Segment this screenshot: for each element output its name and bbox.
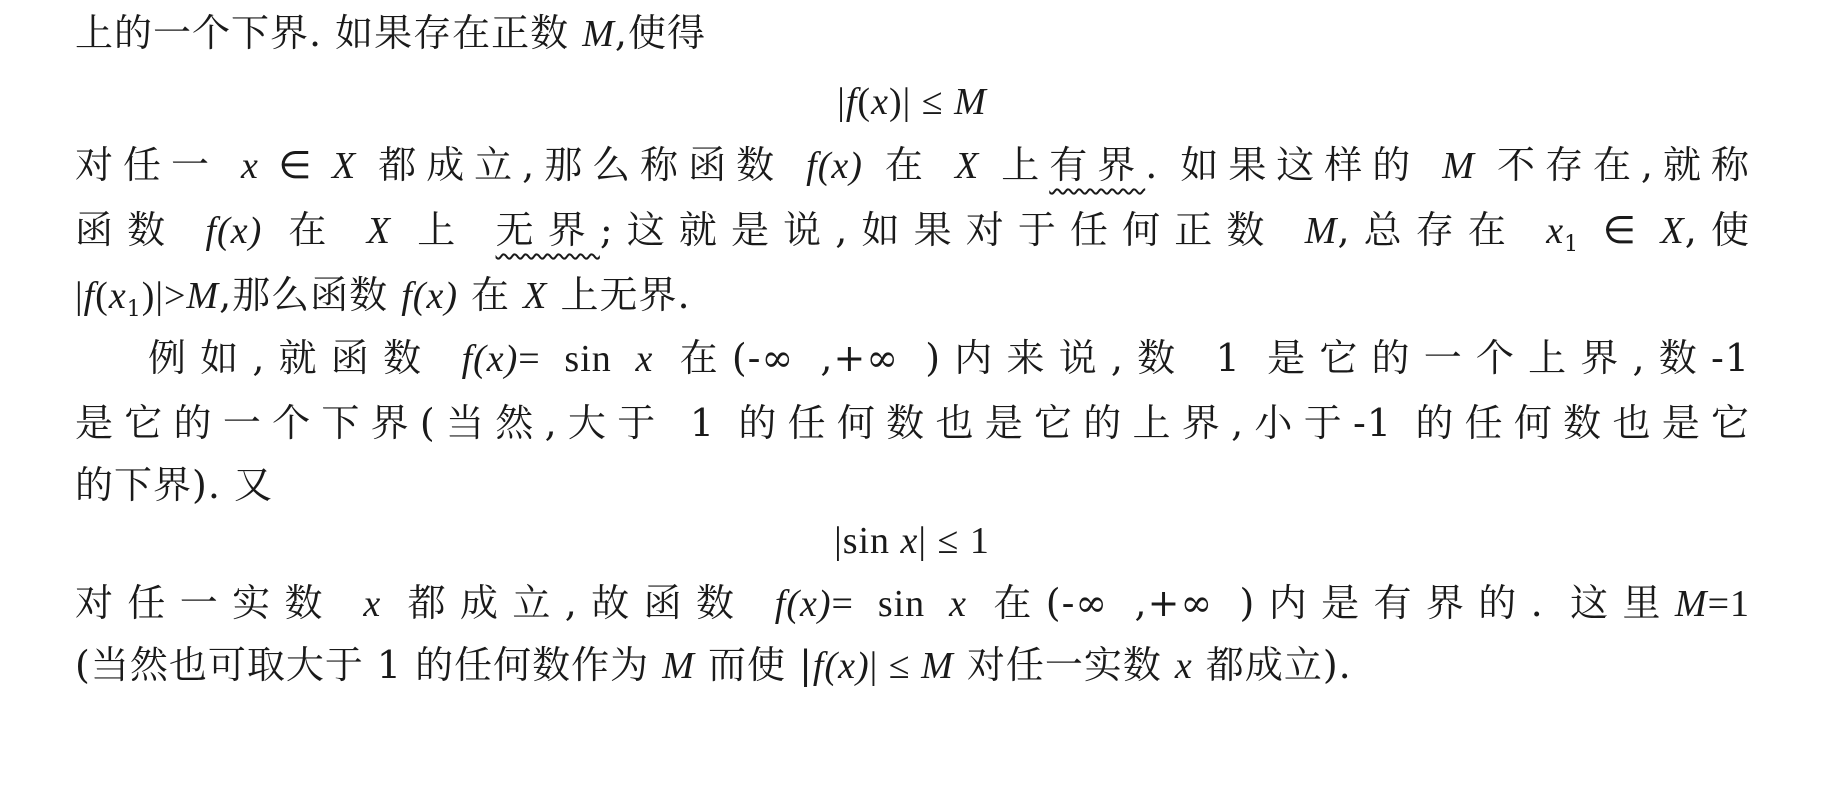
text: 都成立).: [1193, 643, 1352, 687]
math-fx: f(x): [813, 645, 870, 687]
math-M: M: [1675, 583, 1708, 625]
math-x: x: [109, 275, 127, 317]
math-eq-one: =1: [1708, 583, 1750, 625]
text: 不存在,就称: [1475, 143, 1750, 187]
math-x: x: [1546, 210, 1564, 252]
text: 在: [262, 208, 367, 252]
math-sin: = sin: [518, 338, 635, 380]
text: 是它的一个下界(当然,大于 1 的任何数也是它的上界,小于-1 的任何数也是它: [75, 401, 1750, 445]
paragraph-line-7: 是它的一个下界(当然,大于 1 的任何数也是它的上界,小于-1 的任何数也是它: [75, 398, 1750, 448]
text: ,使得: [615, 11, 706, 55]
math-X: X: [367, 210, 391, 252]
math-fx: f(x): [205, 210, 262, 252]
text: . 如果这样的: [1145, 143, 1442, 187]
text: (当然也可取大于 1 的任何数作为: [75, 643, 662, 687]
math-sin: = sin: [832, 583, 950, 625]
math-M: M: [921, 645, 954, 687]
paragraph-line-11: (当然也可取大于 1 的任何数作为 M 而使 |f(x)| ≤ M 对任一实数 …: [75, 640, 1750, 691]
text: 上无界.: [547, 273, 690, 317]
math-X: X: [1661, 210, 1685, 252]
text: 对任一实数: [954, 643, 1175, 687]
math-M: M: [1305, 210, 1338, 252]
paragraph-line-6: 例如,就函数 f(x)= sin x 在(-∞ ,+∞ )内来说,数 1 是它的…: [148, 333, 1750, 384]
math-le: | ≤: [870, 645, 921, 687]
math-sin: |sin: [834, 520, 900, 562]
math-subscript: 1: [127, 297, 142, 322]
paragraph-line-8: 的下界). 又: [75, 460, 1750, 510]
text: ,总存在: [1337, 208, 1546, 252]
math-fx: f(x): [462, 338, 519, 380]
paragraph-line-1: 上的一个下界. 如果存在正数 M,使得: [75, 8, 1750, 59]
math-bar: |: [837, 81, 846, 123]
math-paren: ): [142, 275, 156, 317]
math-gt: |>: [155, 275, 186, 317]
math-fx: f(x): [401, 275, 458, 317]
math-M: M: [582, 13, 615, 55]
math-M: M: [954, 81, 987, 123]
math-f: f: [84, 275, 96, 317]
text: 例如,就函数: [148, 336, 462, 380]
math-bar: |: [903, 81, 912, 123]
math-x: x: [871, 81, 889, 123]
math-X: X: [332, 145, 356, 187]
text: ,使: [1685, 208, 1750, 252]
math-le: ≤: [911, 81, 954, 123]
math-f: f: [846, 81, 858, 123]
math-x: x: [901, 520, 919, 562]
paragraph-line-3: 对任一 x ∈ X 都成立,那么称函数 f(x) 在 X 上有界. 如果这样的 …: [75, 140, 1750, 191]
math-paren: (: [857, 81, 871, 123]
text: 上的一个下界. 如果存在正数: [75, 11, 582, 55]
math-X: X: [523, 275, 547, 317]
math-paren: ): [889, 81, 903, 123]
text: 都成立,故函数: [381, 581, 775, 625]
math-le-one: | ≤ 1: [918, 520, 989, 562]
math-subscript: 1: [1564, 232, 1579, 257]
term-unbounded-emphasis: 无界: [496, 208, 600, 252]
math-x: x: [635, 338, 653, 380]
paragraph-line-5: |f(x1)|>M,那么函数 f(x) 在 X 上无界.: [75, 270, 1750, 335]
text: 而使 |: [695, 643, 813, 687]
text: 在(-∞ ,+∞ )内是有界的. 这里: [967, 581, 1675, 625]
math-bar: |: [75, 275, 84, 317]
text: ;这就是说,如果对于任何正数: [600, 208, 1305, 252]
math-x: x: [949, 583, 967, 625]
math-M: M: [662, 645, 695, 687]
display-equation-1: |f(x)| ≤ M: [0, 76, 1824, 127]
display-equation-2: |sin x| ≤ 1: [0, 515, 1824, 566]
math-X: X: [955, 145, 979, 187]
math-in: ∈: [1579, 210, 1660, 252]
text: 在: [458, 273, 523, 317]
text: 对任一: [75, 143, 241, 187]
text: ,那么函数: [219, 273, 401, 317]
term-bounded-emphasis: 有界: [1049, 143, 1145, 187]
math-in: ∈: [259, 145, 332, 187]
text: 上: [979, 143, 1049, 187]
text: 对任一实数: [75, 581, 363, 625]
math-M: M: [1442, 145, 1475, 187]
math-fx: f(x): [775, 583, 832, 625]
paragraph-line-10: 对任一实数 x 都成立,故函数 f(x)= sin x 在(-∞ ,+∞ )内是…: [75, 578, 1750, 629]
math-fx: f(x): [806, 145, 863, 187]
text: 函数: [75, 208, 205, 252]
text: 在: [863, 143, 955, 187]
text: 在(-∞ ,+∞ )内来说,数 1 是它的一个上界,数-1: [653, 336, 1750, 380]
math-x: x: [363, 583, 381, 625]
text: 都成立,那么称函数: [356, 143, 806, 187]
math-x: x: [1175, 645, 1193, 687]
textbook-page: 上的一个下界. 如果存在正数 M,使得 |f(x)| ≤ M 对任一 x ∈ X…: [0, 0, 1824, 810]
math-M: M: [186, 275, 219, 317]
paragraph-line-4: 函数 f(x) 在 X 上 无界;这就是说,如果对于任何正数 M,总存在 x1 …: [75, 205, 1750, 270]
text: 上: [391, 208, 496, 252]
math-paren: (: [95, 275, 109, 317]
text: 的下界). 又: [75, 463, 273, 507]
math-x: x: [241, 145, 259, 187]
